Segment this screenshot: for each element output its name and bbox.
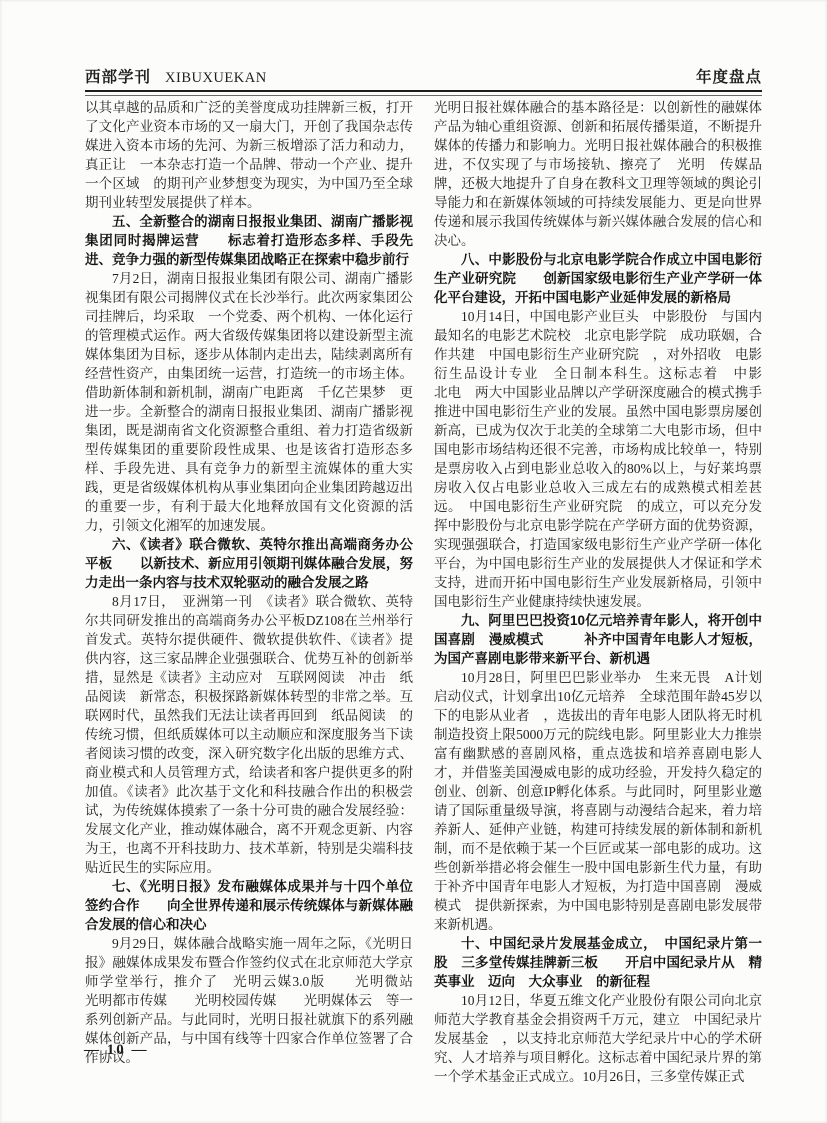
section-heading: 五、全新整合的湖南日报报业集团、湖南广播影视集团同时揭牌运营 标志着打造形态多样… <box>85 212 413 269</box>
body-paragraph: 8月17日， 亚洲第一刊 《读者》联合微软、英特尔共同研发推出的高端商务办公平板… <box>85 592 413 877</box>
journal-title-group: 西部学刊 XIBUXUEKAN <box>85 65 267 87</box>
right-column: 光明日报社媒体融合的基本路径是：以创新性的融媒体产品为轴心重组资源、创新和拓展传… <box>434 98 762 1086</box>
section-heading: 十、中国纪录片发展基金成立， 中国纪录片第一股 三多堂传媒挂牌新三板 开启中国纪… <box>434 934 762 991</box>
body-paragraph: 光明日报社媒体融合的基本路径是：以创新性的融媒体产品为轴心重组资源、创新和拓展传… <box>434 98 762 250</box>
section-heading: 九、阿里巴巴投资10亿元培养青年影人，将开创中国喜剧 漫威模式 补齐中国青年电影… <box>434 611 762 668</box>
body-paragraph: 10月14日，中国电影产业巨头 中影股份 与国内最知名的电影艺术院校 北京电影学… <box>434 307 762 611</box>
body-paragraph: 7月2日，湖南日报报业集团有限公司、湖南广播影视集团有限公司揭牌仪式在长沙举行。… <box>85 269 413 535</box>
page-header: 西部学刊 XIBUXUEKAN 年度盘点 <box>85 60 762 87</box>
section-heading: 八、中影股份与北京电影学院合作成立中国电影衍生产业研究院 创新国家级电影衍生产业… <box>434 250 762 307</box>
journal-name: 西部学刊 <box>85 65 151 87</box>
section-label: 年度盘点 <box>696 65 762 87</box>
article-body: 以其卓越的品质和广泛的美誉度成功挂牌新三板，打开了文化产业资本市场的又一扇大门，… <box>85 98 762 1086</box>
journal-page: 西部学刊 XIBUXUEKAN 年度盘点 以其卓越的品质和广泛的美誉度成功挂牌新… <box>0 0 827 1123</box>
body-paragraph: 10月28日，阿里巴巴影业举办 生来无畏 A计划启动仪式，计划拿出10亿元培养 … <box>434 668 762 934</box>
body-paragraph: 10月12日，华夏五维文化产业股份有限公司向北京师范大学教育基金会捐资两千万元，… <box>434 991 762 1086</box>
body-paragraph: 以其卓越的品质和广泛的美誉度成功挂牌新三板，打开了文化产业资本市场的又一扇大门，… <box>85 98 413 212</box>
header-rule <box>85 90 762 96</box>
section-heading: 七、《光明日报》发布融媒体成果并与十四个单位签约合作 向全世界传递和展示传统媒体… <box>85 877 413 934</box>
left-column: 以其卓越的品质和广泛的美誉度成功挂牌新三板，打开了文化产业资本市场的又一扇大门，… <box>85 98 413 1086</box>
journal-pinyin: XIBUXUEKAN <box>165 70 267 87</box>
page-number: — 10 — <box>84 1042 149 1059</box>
section-heading: 六、《读者》联合微软、英特尔推出高端商务办公平板 以新技术、新应用引领期刊媒体融… <box>85 535 413 592</box>
